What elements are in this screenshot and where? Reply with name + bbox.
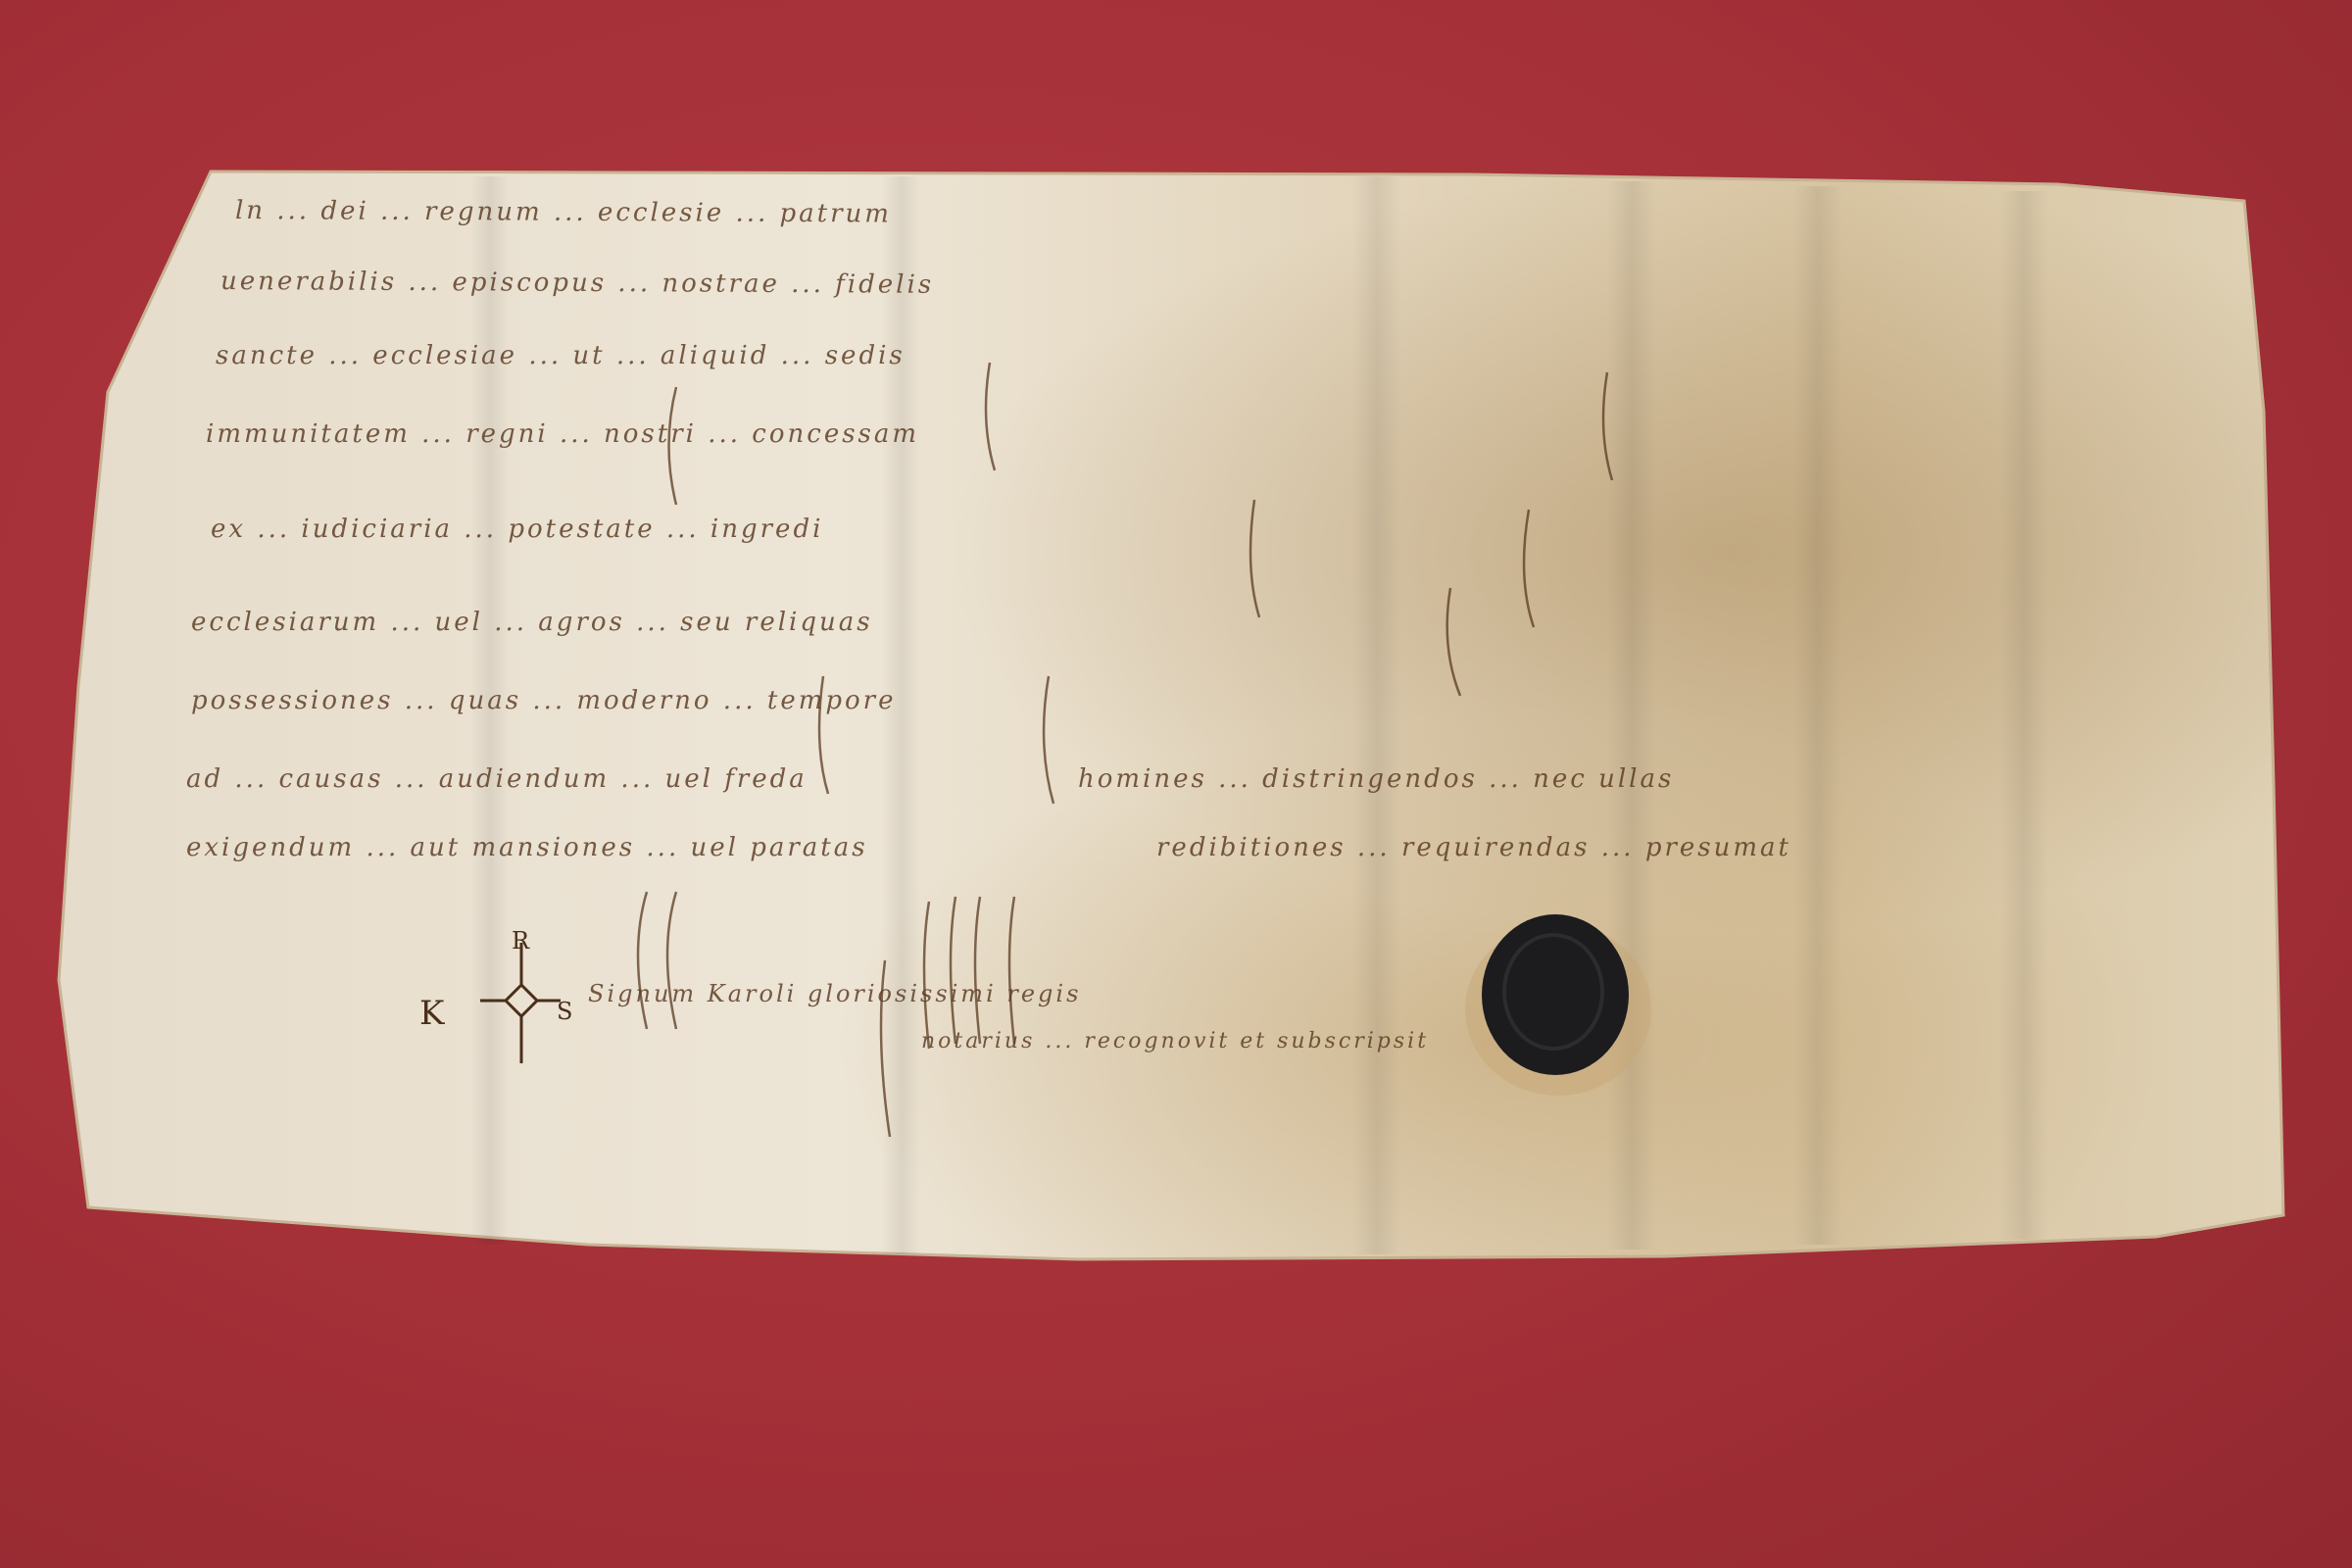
script-line: ln ... dei ... regnum ... ecclesie ... p…: [235, 196, 892, 229]
script-line: homines ... distringendos ... nec ullas: [1078, 764, 1674, 794]
svg-text:R: R: [512, 927, 530, 955]
signature-line: Signum Karoli gloriosissimi regis: [588, 980, 1081, 1007]
script-line: ecclesiarum ... uel ... agros ... seu re…: [191, 608, 873, 637]
script-line: possessiones ... quas ... moderno ... te…: [191, 686, 896, 715]
script-line: immunitatem ... regni ... nostri ... con…: [206, 419, 919, 449]
script-line: exigendum ... aut mansiones ... uel para…: [186, 833, 868, 862]
script-line: sancte ... ecclesiae ... ut ... aliquid …: [216, 341, 906, 370]
script-line: ex ... iudiciaria ... potestate ... ingr…: [211, 514, 823, 544]
script-line: redibitiones ... requirendas ... presuma…: [1156, 833, 1791, 862]
charter-parchment: K R S ln ... dei ... regnum ... ecclesie…: [0, 0, 2352, 1568]
svg-text:K: K: [419, 994, 445, 1033]
script-line: ad ... causas ... audiendum ... uel fred…: [186, 764, 808, 794]
svg-text:S: S: [557, 998, 572, 1025]
recognition-line: notarius ... recognovit et subscripsit: [921, 1029, 1429, 1053]
script-line: uenerabilis ... episcopus ... nostrae ..…: [220, 267, 934, 300]
